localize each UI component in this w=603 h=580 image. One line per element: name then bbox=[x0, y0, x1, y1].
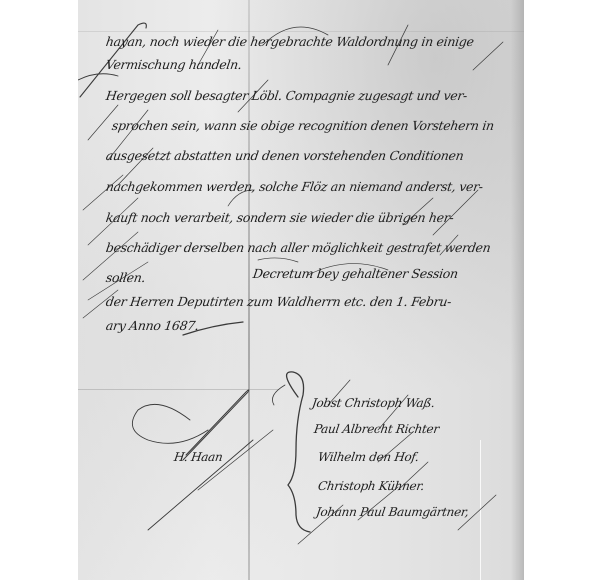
text-line-5: ausgesetzt abstatten und denen vorstehen… bbox=[105, 148, 465, 163]
text-line-6: nachgekommen werden, solche Flöz an niem… bbox=[105, 179, 484, 194]
signature-5: Johann Paul Baumgärtner, bbox=[315, 505, 470, 519]
text-line-11: der Herren Deputirten zum Waldherrn etc.… bbox=[105, 294, 452, 309]
text-line-3: Hergegen soll besagter Löbl. Compagnie z… bbox=[105, 88, 468, 103]
decretum-line: Decretum bey gehaltener Session bbox=[252, 266, 459, 281]
text-line-2: Vermischung handeln. bbox=[105, 57, 243, 72]
text-line-4: sprochen sein, wann sie obige recognitio… bbox=[111, 118, 495, 133]
pen-flourishes bbox=[78, 0, 524, 580]
vertical-fold-crease bbox=[248, 0, 250, 580]
paper-crease-right bbox=[480, 440, 481, 580]
text-line-1: hayan, noch wieder die hergebrachte Wald… bbox=[105, 34, 475, 49]
text-line-8: beschädiger derselben nach aller möglich… bbox=[105, 240, 492, 255]
lower-fold-crease bbox=[78, 389, 278, 390]
signature-left: H. Haan bbox=[173, 450, 223, 464]
signature-4: Christoph Kühner. bbox=[317, 479, 425, 493]
horizontal-fold-crease bbox=[78, 31, 524, 32]
text-line-9: sollen. bbox=[105, 270, 146, 285]
signature-2: Paul Albrecht Richter bbox=[313, 422, 440, 436]
date-line: ary Anno 1687. bbox=[105, 318, 200, 333]
document-page: hayan, noch wieder die hergebrachte Wald… bbox=[78, 0, 524, 580]
signature-1: Jobst Christoph Waß. bbox=[311, 396, 436, 410]
text-line-7: kauft noch verarbeit, sondern sie wieder… bbox=[105, 210, 455, 225]
signature-3: Wilhelm den Hof. bbox=[317, 450, 420, 464]
